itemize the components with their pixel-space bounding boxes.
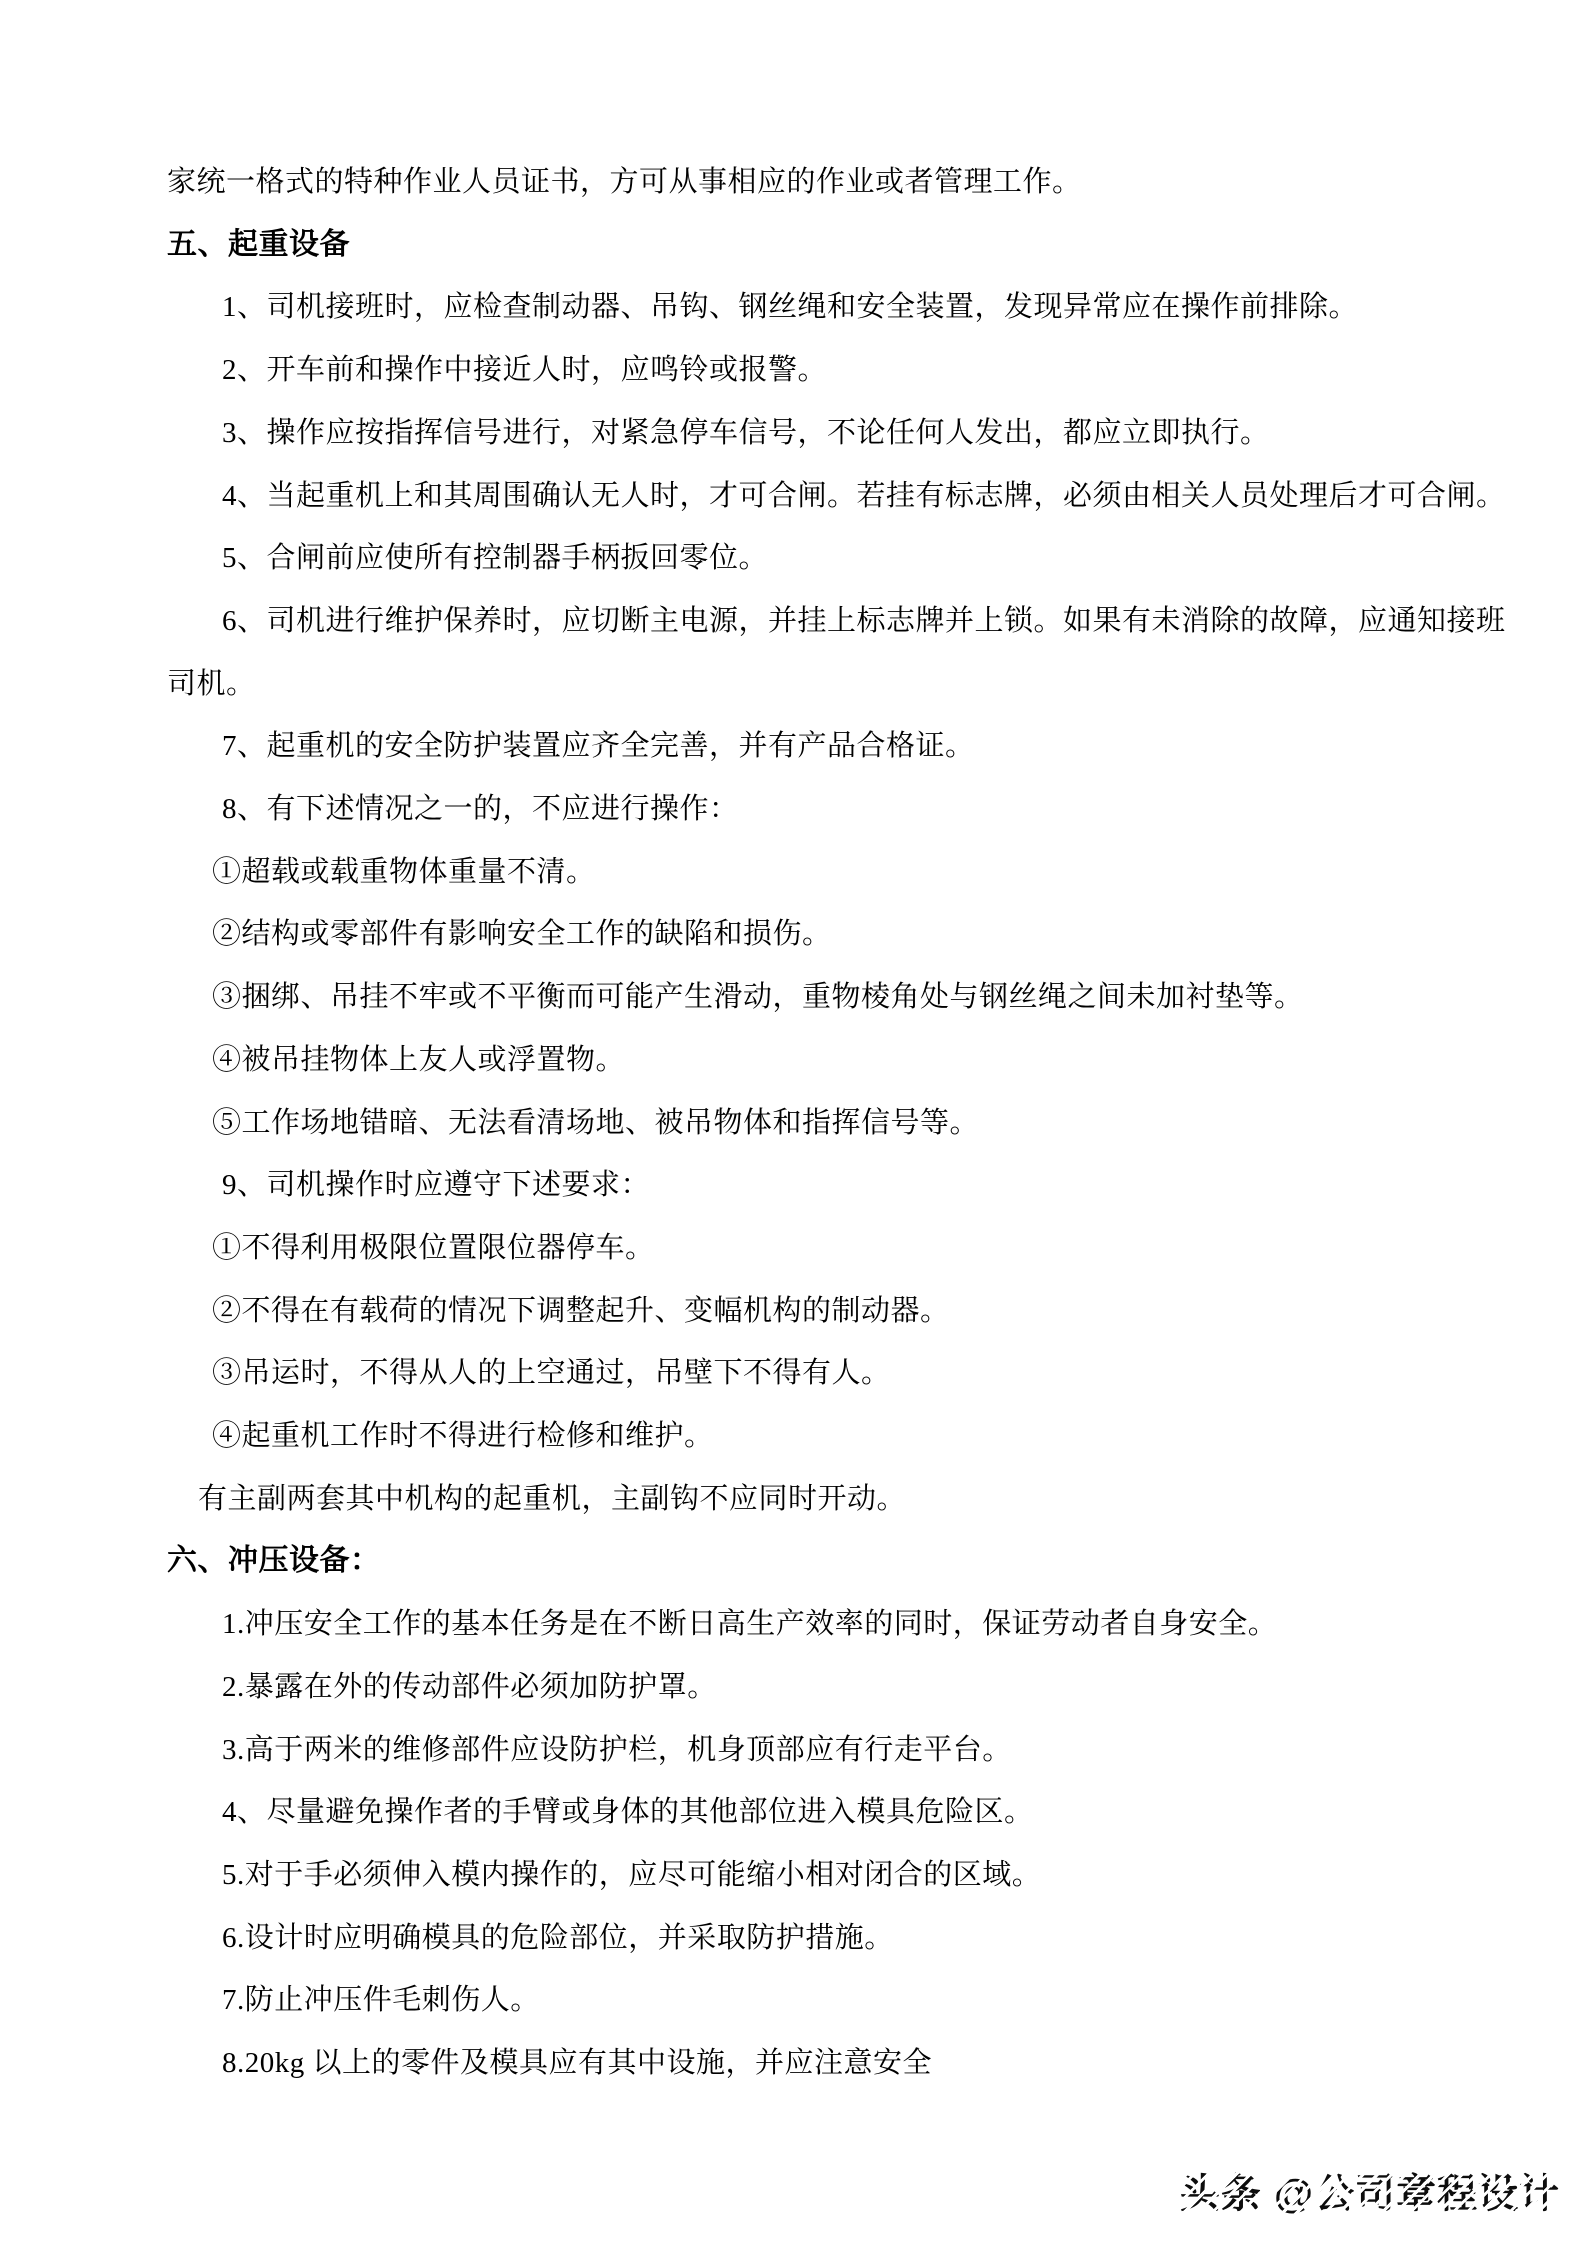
text-line: 4、尽量避免操作者的手臂或身体的其他部位进入模具危险区。 [167,1781,1567,1844]
section-heading: 六、冲压设备： [167,1530,1567,1593]
text-line: 1、司机接班时，应检查制动器、吊钩、钢丝绳和安全装置，发现异常应在操作前排除。 [167,276,1567,339]
section-heading: 五、起重设备 [167,214,1567,277]
text-line: 7.防止冲压件毛刺伤人。 [167,1969,1567,2032]
text-line: 2.暴露在外的传动部件必须加防护罩。 [167,1656,1567,1719]
text-line: ②不得在有载荷的情况下调整起升、变幅机构的制动器。 [167,1280,1567,1343]
text-line: 2、开车前和操作中接近人时，应鸣铃或报警。 [167,339,1567,402]
text-line: 司机。 [167,653,1567,716]
text-line: ③捆绑、吊挂不牢或不平衡而可能产生滑动，重物棱角处与钢丝绳之间未加衬垫等。 [167,966,1567,1029]
text-line: ⑤工作场地错暗、无法看清场地、被吊物体和指挥信号等。 [167,1092,1567,1155]
text-line: ④起重机工作时不得进行检修和维护。 [167,1405,1567,1468]
text-line: 6、司机进行维护保养时，应切断主电源，并挂上标志牌并上锁。如果有未消除的故障，应… [167,590,1567,653]
text-line: 3.高于两米的维修部件应设防护栏，机身顶部应有行走平台。 [167,1719,1567,1782]
text-line: 家统一格式的特种作业人员证书，方可从事相应的作业或者管理工作。 [167,151,1567,214]
text-line: 6.设计时应明确模具的危险部位，并采取防护措施。 [167,1907,1567,1970]
text-line: 9、司机操作时应遵守下述要求： [167,1154,1567,1217]
text-line: ④被吊挂物体上友人或浮置物。 [167,1029,1567,1092]
text-line: ①不得利用极限位置限位器停车。 [167,1217,1567,1280]
text-line: 5、合闸前应使所有控制器手柄扳回零位。 [167,527,1567,590]
text-line: 8.20kg 以上的零件及模具应有其中设施，并应注意安全 [167,2032,1567,2095]
text-line: 5.对于手必须伸入模内操作的，应尽可能缩小相对闭合的区域。 [167,1844,1567,1907]
text-line: 8、有下述情况之一的，不应进行操作： [167,778,1567,841]
document-content: 家统一格式的特种作业人员证书，方可从事相应的作业或者管理工作。五、起重设备1、司… [167,151,1567,2095]
text-line: ②结构或零部件有影响安全工作的缺陷和损伤。 [167,903,1567,966]
text-line: 3、操作应按指挥信号进行，对紧急停车信号，不论任何人发出，都应立即执行。 [167,402,1567,465]
document-page: 家统一格式的特种作业人员证书，方可从事相应的作业或者管理工作。五、起重设备1、司… [0,0,1587,2245]
text-line: 1.冲压安全工作的基本任务是在不断日高生产效率的同时，保证劳动者自身安全。 [167,1593,1567,1656]
watermark-text: 头条 @公司章程设计 [1180,2162,1560,2219]
text-line: 4、当起重机上和其周围确认无人时，才可合闸。若挂有标志牌，必须由相关人员处理后才… [167,465,1567,528]
text-line: ①超载或载重物体重量不清。 [167,841,1567,904]
text-line: 有主副两套其中机构的起重机，主副钩不应同时开动。 [167,1468,1567,1531]
text-line: ③吊运时，不得从人的上空通过，吊壁下不得有人。 [167,1342,1567,1405]
text-line: 7、起重机的安全防护装置应齐全完善，并有产品合格证。 [167,715,1567,778]
